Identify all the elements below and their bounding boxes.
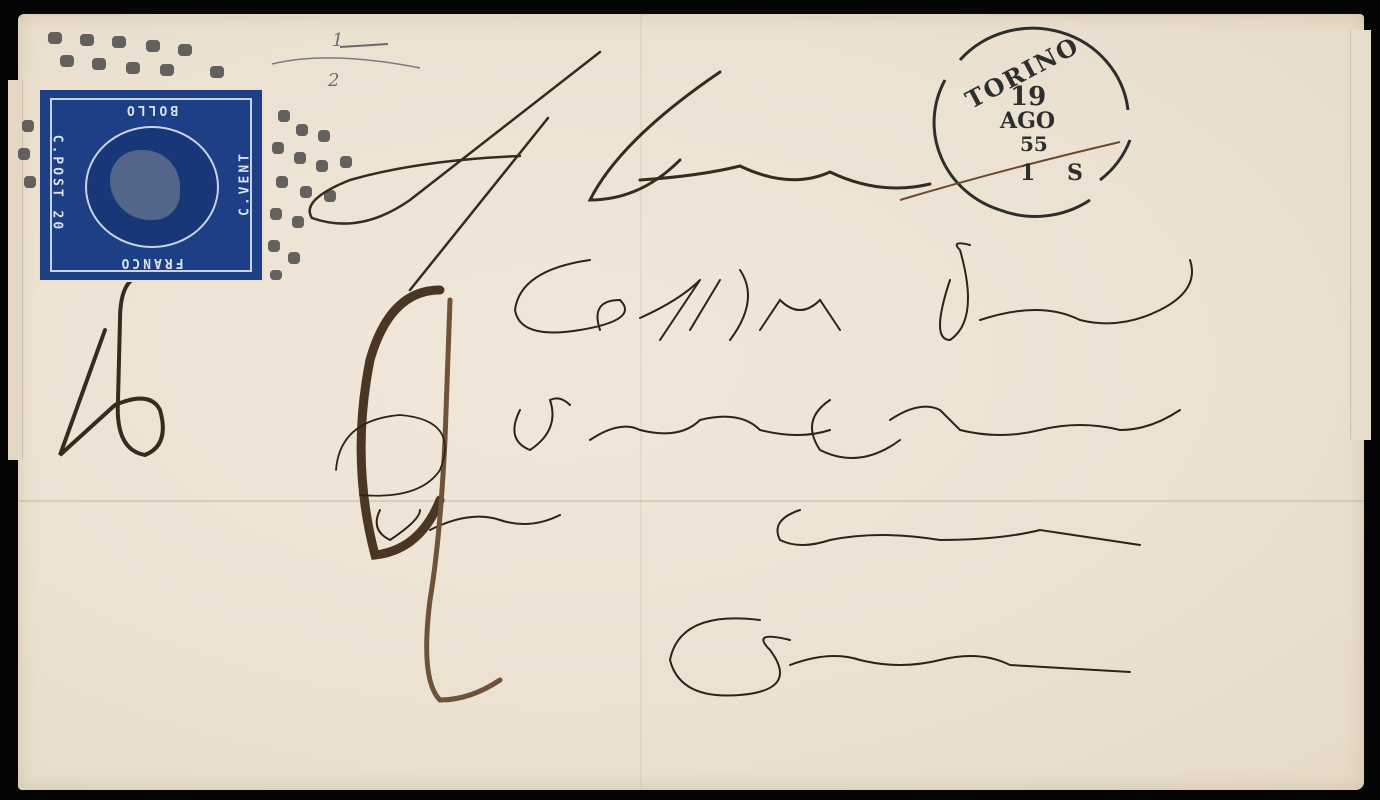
stamp-top-text: BOLLO <box>40 102 262 117</box>
stamp-right-text: C.VENT <box>238 119 253 249</box>
address-handwriting <box>377 243 1192 695</box>
pencil-denominator: 2 <box>328 70 339 91</box>
stamp-left-text: C.POST 20 <box>50 119 65 249</box>
rate-mark-9 <box>336 290 500 700</box>
postage-stamp: BOLLO FRANCO C.POST 20 C.VENT <box>40 90 262 280</box>
postmark-year: 55 <box>1020 132 1048 156</box>
rate-mark-6 <box>60 276 163 455</box>
stamp-bottom-text: FRANCO <box>40 255 262 270</box>
pencil-numerator: 1 <box>332 30 343 51</box>
postmark-month: AGO <box>1000 108 1055 134</box>
postmark-footer: 1 S <box>1020 160 1095 186</box>
routing-flourish <box>310 52 930 290</box>
